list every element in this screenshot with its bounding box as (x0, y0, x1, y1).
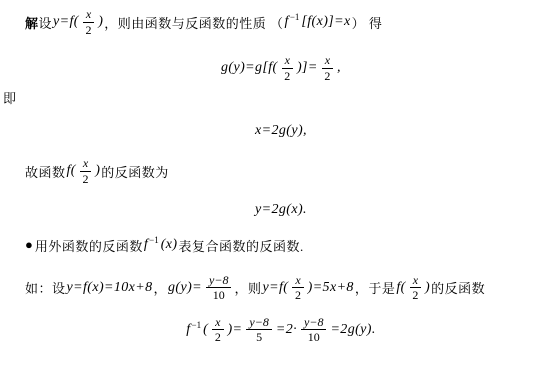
intro-text-set: 设 (39, 13, 53, 32)
fraction-numerator: y−8 (246, 316, 271, 331)
fraction-denominator: 2 (86, 23, 92, 37)
math-equals-2g: =2g(y). (330, 322, 375, 338)
fraction-y-minus-8-over-5: y−8 5 (246, 316, 271, 344)
fraction-denominator: 2 (215, 330, 221, 344)
note-text-a: 用外函数的反函数 (35, 236, 143, 255)
math-f-open: f( (396, 280, 405, 296)
math-f: f (285, 14, 289, 30)
fraction-x-over-2: x 2 (80, 157, 91, 185)
math-x-equals-2g: x=2g(y), (255, 123, 307, 139)
example-text-d: ，于是 (355, 278, 396, 297)
fraction-numerator: x (292, 274, 303, 289)
fraction-x-over-2: x 2 (83, 8, 94, 36)
fraction-denominator: 2 (284, 69, 290, 83)
fraction-y-minus-8-over-10: y−8 10 (206, 274, 231, 302)
fraction-denominator: 2 (83, 172, 89, 186)
final-equation-line: f −1 ( x 2 )= y−8 5 =2· y−8 10 =2g(y). (0, 316, 538, 344)
math-close-equals: )= (228, 322, 243, 338)
intro-text-mid: ，则由函数与反函数的性质 （ (104, 13, 283, 32)
math-g-def: g(y)= (168, 280, 202, 296)
math-bracket-equals: )]= (297, 60, 318, 76)
fraction-denominator: 5 (256, 330, 262, 344)
hence-text-a: 故函数 (25, 162, 66, 181)
fraction-numerator: x (410, 274, 421, 289)
equation-y-equals-2g: y=2g(x). (0, 202, 538, 218)
math-inverse-exponent: −1 (290, 12, 300, 22)
document-page: 解 设 y=f( x 2 ) ，则由函数与反函数的性质 （ f −1 [f(x)… (0, 0, 538, 367)
fraction-x-over-2: x 2 (282, 54, 293, 82)
math-close-paren: ) (95, 163, 100, 179)
fraction-numerator: x (83, 8, 94, 23)
example-text-c: ，则 (234, 278, 261, 297)
hence-text-b: 的反函数为 (101, 162, 169, 181)
math-comma: , (337, 60, 341, 76)
intro-text-end: ） 得 (352, 13, 383, 32)
math-property: [f(x)]=x (301, 14, 350, 30)
namely-line: 即 (0, 88, 538, 107)
fraction-numerator: y−8 (301, 316, 326, 331)
math-close-paren: ) (425, 280, 430, 296)
fraction-numerator: x (322, 54, 333, 69)
example-comma: ， (154, 278, 168, 297)
fraction-y-minus-8-over-10: y−8 10 (301, 316, 326, 344)
fraction-numerator: y−8 (206, 274, 231, 289)
solution-intro-line: 解 设 y=f( x 2 ) ，则由函数与反函数的性质 （ f −1 [f(x)… (0, 8, 538, 36)
math-inverse-exponent: −1 (149, 235, 159, 245)
fraction-x-over-2: x 2 (212, 316, 223, 344)
bullet-icon: ● (25, 237, 33, 253)
math-g-equals: g(y)=g[f( (221, 60, 278, 76)
math-of-x: (x) (161, 237, 178, 253)
fraction-denominator: 2 (324, 69, 330, 83)
fraction-numerator: x (212, 316, 223, 331)
fraction-x-over-2: x 2 (322, 54, 333, 82)
math-inverse-exponent: −1 (192, 320, 202, 330)
fraction-numerator: x (282, 54, 293, 69)
equation-x-equals-2g: x=2g(y), (0, 123, 538, 139)
math-f: f (186, 322, 190, 338)
math-f: f (144, 237, 148, 253)
example-text-a: 如：设 (25, 278, 66, 297)
example-text-e: 的反函数 (431, 278, 485, 297)
fraction-denominator: 10 (213, 288, 225, 302)
fraction-x-over-2: x 2 (292, 274, 303, 302)
note-line: ● 用外函数的反函数 f −1 (x) 表复合函数的反函数. (0, 236, 538, 255)
hence-line: 故函数 f( x 2 ) 的反函数为 (0, 157, 538, 185)
fraction-x-over-2: x 2 (410, 274, 421, 302)
note-text-b: 表复合函数的反函数. (179, 236, 304, 255)
math-y-equals-2g: y=2g(x). (255, 202, 307, 218)
fraction-denominator: 10 (308, 330, 320, 344)
example-line: 如：设 y=f(x)=10x+8 ， g(y)= y−8 10 ，则 y=f( … (0, 274, 538, 302)
math-y-equals-f: y=f( (262, 280, 288, 296)
equation-g-of-y: g(y)=g[f( x 2 )]= x 2 , (0, 54, 538, 82)
fraction-numerator: x (80, 157, 91, 172)
math-equals-2-dot: =2· (276, 322, 297, 338)
math-close-paren: ) (98, 14, 103, 30)
namely-text: 即 (3, 88, 17, 107)
solution-label: 解 (25, 13, 39, 32)
fraction-denominator: 2 (412, 288, 418, 302)
math-open-paren: ( (203, 322, 208, 338)
math-f-open: f( (67, 163, 76, 179)
math-f-def: y=f(x)=10x+8 (67, 280, 153, 296)
math-y-equals-f: y=f( (53, 14, 79, 30)
math-equals-5x8: )=5x+8 (308, 280, 354, 296)
fraction-denominator: 2 (295, 288, 301, 302)
